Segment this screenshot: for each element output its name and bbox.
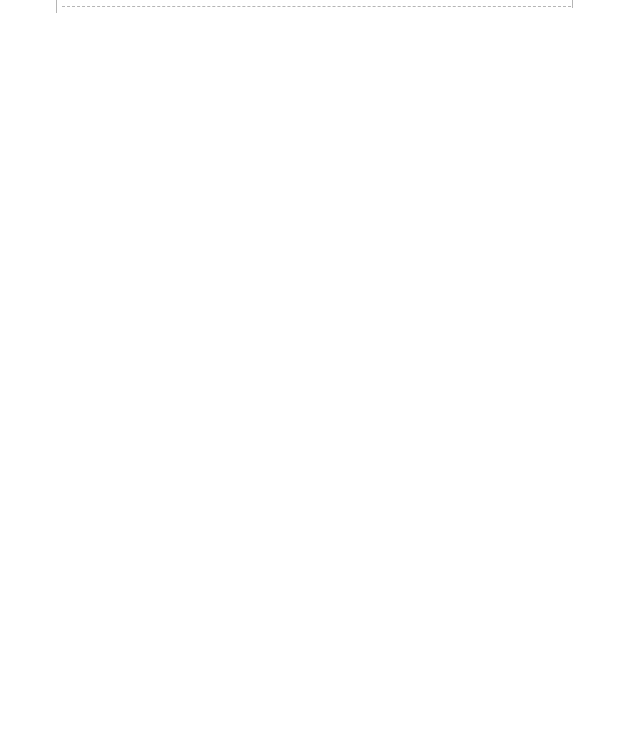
text-boundary-dashed-line xyxy=(62,6,571,7)
page-corner-mark-left xyxy=(56,0,57,13)
document-page xyxy=(0,0,626,730)
page-corner-mark-right xyxy=(572,0,573,8)
